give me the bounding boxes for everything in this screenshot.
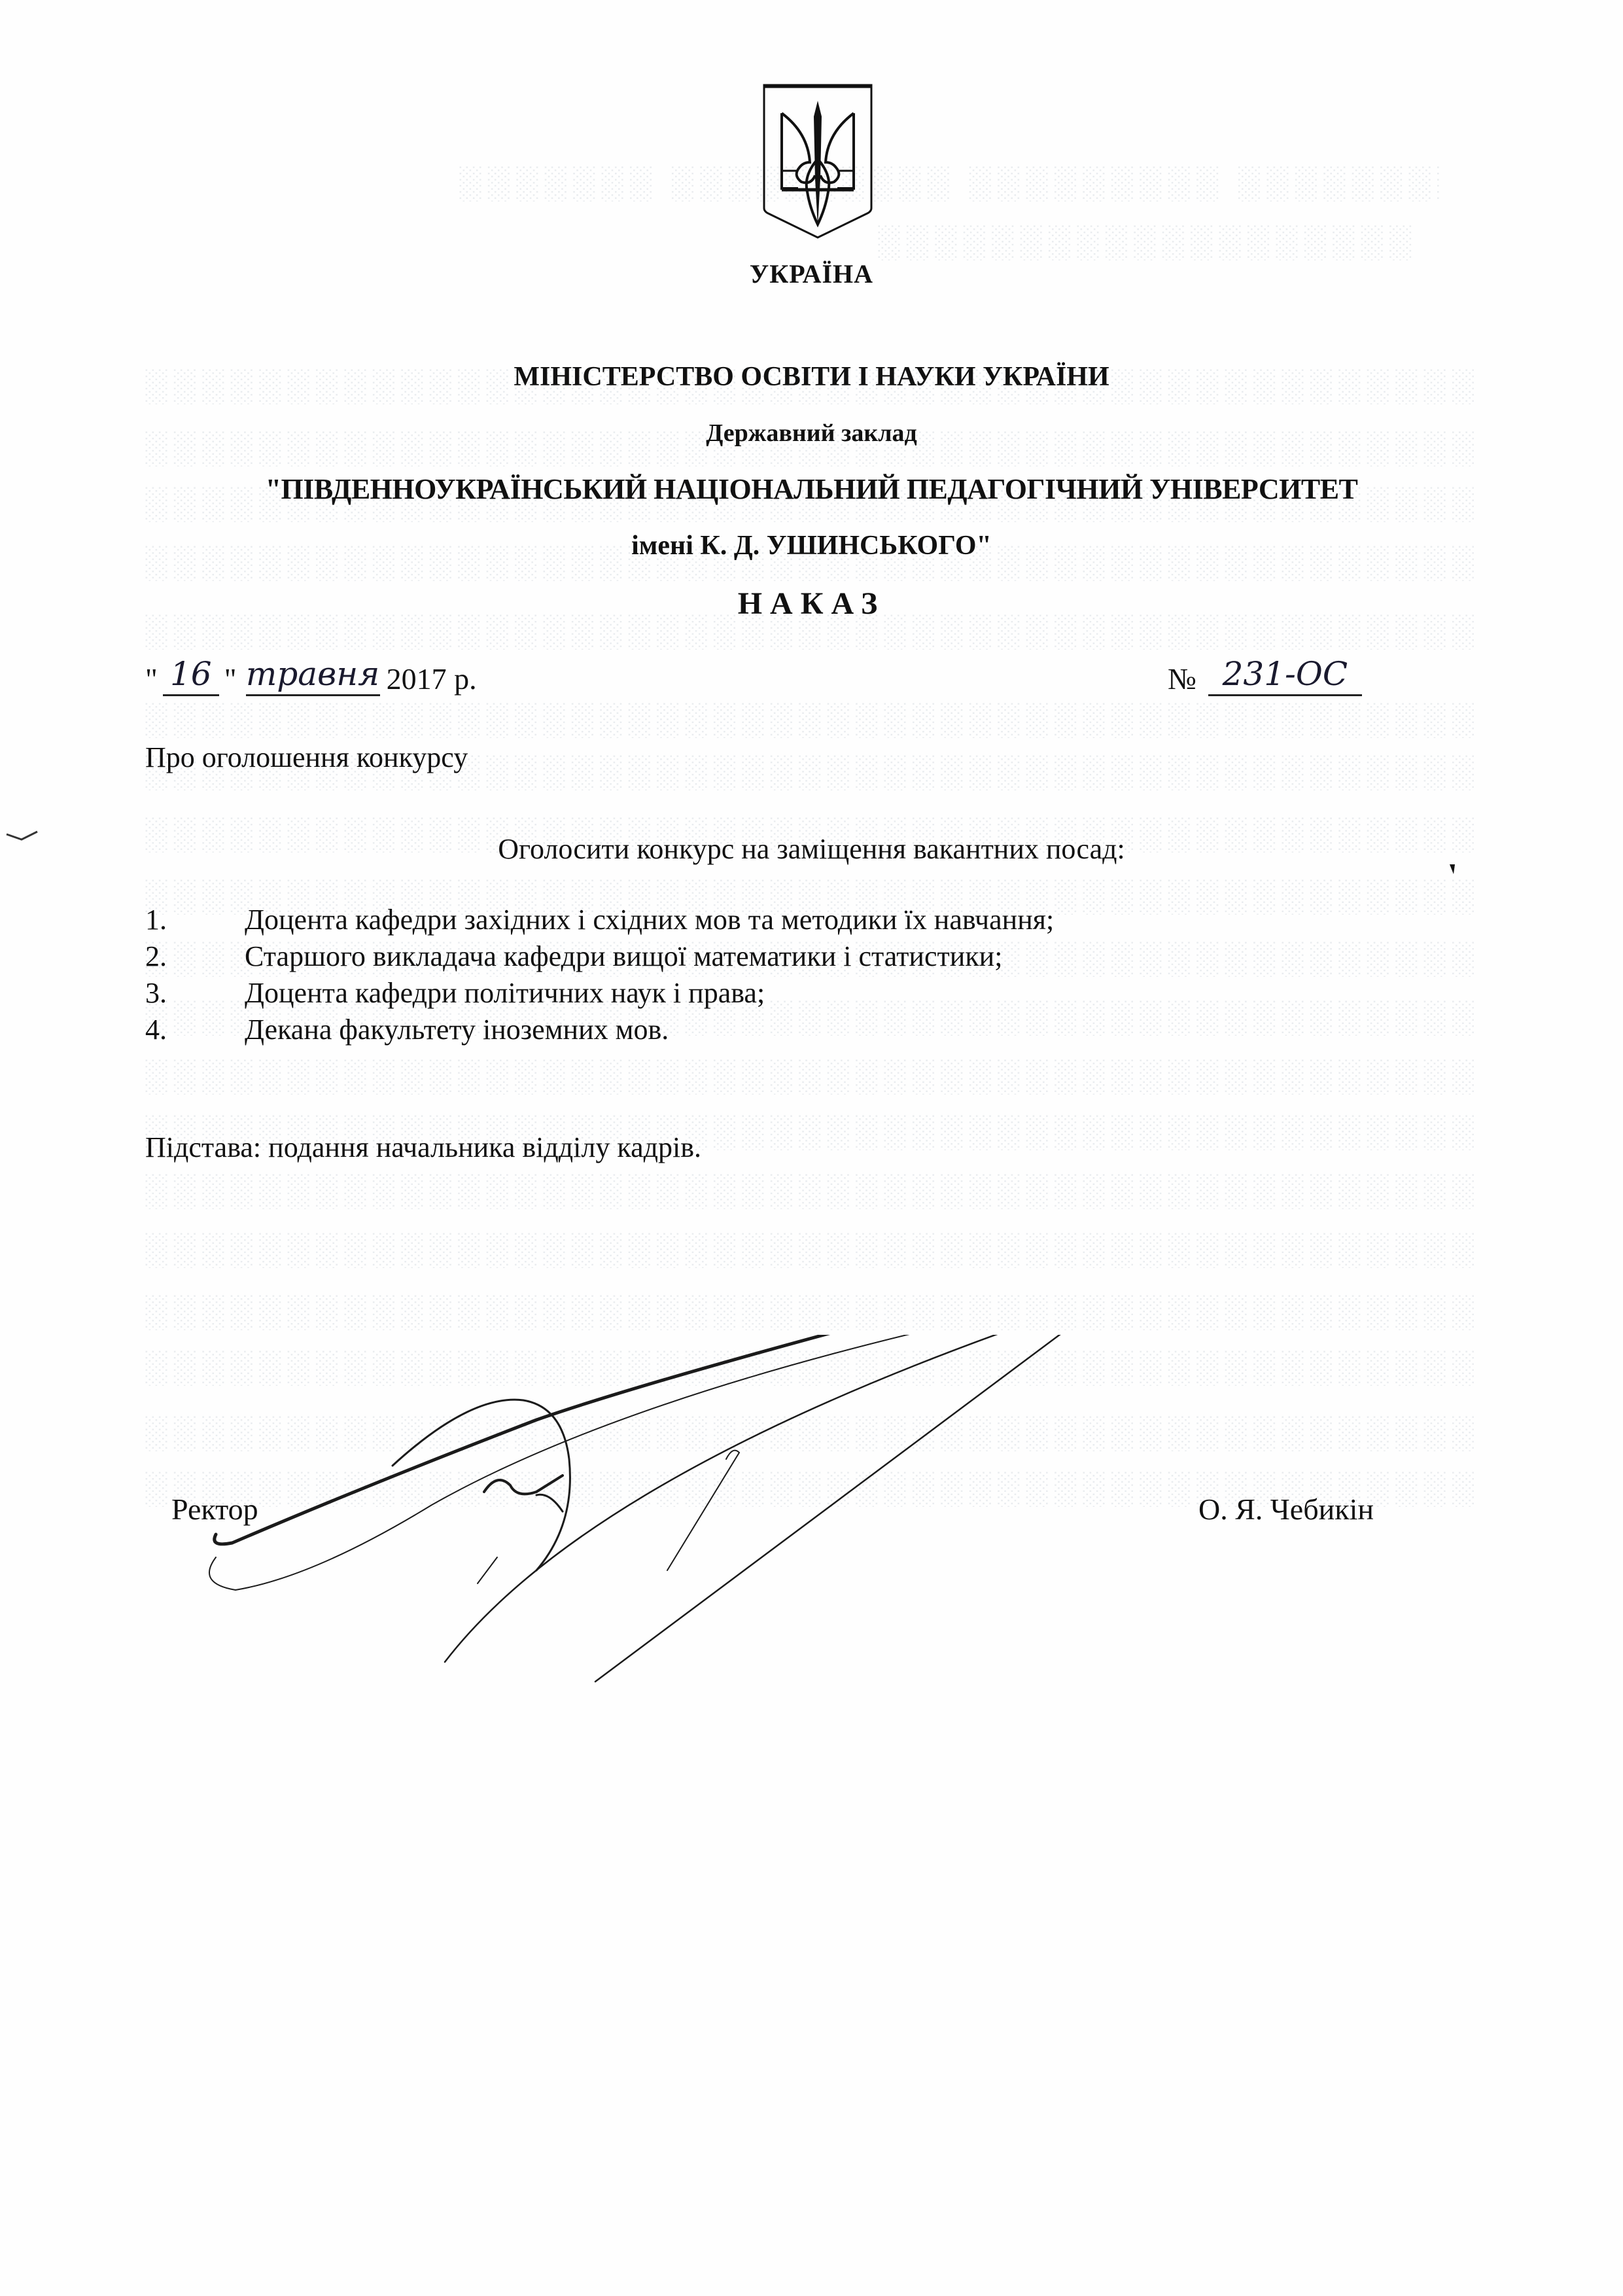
coat-of-arms-icon [752, 77, 883, 241]
list-item-number: 4. [145, 1013, 245, 1046]
list-item-number: 3. [145, 976, 245, 1010]
bleed-through-text: ░░░░░░░░░░░░░░░░░░░ [877, 222, 1465, 260]
date-year: 2017 р. [387, 662, 477, 696]
date-close-quote: " [224, 662, 237, 696]
university-named-after: імені К. Д. УШИНСЬКОГО" [0, 530, 1623, 561]
list-item: 2. Старшого викладача кафедри вищої мате… [145, 940, 1054, 976]
order-subject: Про оголошення конкурсу [145, 741, 468, 774]
institution-type: Державний заклад [0, 419, 1623, 448]
list-item-text: Старшого викладача кафедри вищої математ… [245, 940, 1002, 973]
bleed-through-text: ░░░░░░░░░░░░░░░░░░░░░░░░░░░░░░░░░░░░░░░░… [144, 700, 1492, 738]
order-basis: Підстава: подання начальника відділу кад… [145, 1131, 701, 1164]
signatory-name: О. Я. Чебикін [1198, 1492, 1374, 1527]
list-item-number: 2. [145, 940, 245, 973]
scan-mark-icon [3, 828, 43, 847]
bleed-through-text: ░░░░░░░░░░░░░░░░░░░░░░░░░░░░░░░░░░░░░░░░… [144, 1292, 1492, 1330]
date-day-handwritten: 16 [163, 658, 219, 696]
list-item: 1. Доцента кафедри західних і східних мо… [145, 903, 1054, 940]
ministry-heading: МІНІСТЕРСТВО ОСВІТИ І НАУКИ УКРАЇНИ [0, 361, 1623, 393]
date-month-handwritten: травня [246, 658, 380, 696]
order-number: № 231-ОС [1168, 658, 1362, 696]
vacancy-list: 1. Доцента кафедри західних і східних мо… [145, 903, 1054, 1050]
list-item: 4. Декана факультету іноземних мов. [145, 1013, 1054, 1050]
bleed-through-text: ░░░░░░░ ░░░░░░░░░░ ░░░░░░░░░ ░░░░░░░░ [458, 164, 1439, 202]
ink-dot-icon [1448, 862, 1457, 877]
list-item-text: Доцента кафедри західних і східних мов т… [245, 903, 1054, 936]
university-name: "ПІВДЕННОУКРАЇНСЬКИЙ НАЦІОНАЛЬНИЙ ПЕДАГО… [0, 472, 1623, 506]
country-heading: УКРАЇНА [0, 258, 1623, 289]
list-item-text: Доцента кафедри політичних наук і права; [245, 976, 765, 1010]
list-item-text: Декана факультету іноземних мов. [245, 1013, 669, 1046]
list-item-number: 1. [145, 903, 245, 936]
order-number-handwritten: 231-ОС [1208, 658, 1362, 696]
date-open-quote: " [145, 662, 158, 696]
signatory-title: Ректор [171, 1492, 258, 1527]
number-sign: № [1168, 662, 1196, 696]
bleed-through-text: ░░░░░░░░░░░░░░░░░░░░░░░░░░░░░░░░░░░░░░░░… [144, 1230, 1492, 1268]
handwritten-signature-icon [170, 1335, 1348, 1701]
announcement-text: Оголосити конкурс на заміщення вакантних… [0, 832, 1623, 866]
order-date: " 16 " травня 2017 р. [145, 658, 477, 696]
bleed-through-text: ░░░░░░░░░░░░░░░░░░░░░░░░░░░░░░░░░░░░░░░░… [144, 1057, 1492, 1095]
document-type-title: НАКАЗ [0, 586, 1623, 622]
bleed-through-text: ░░░░░░░░░░░░░░░░░░░░░░░░░░░░░░░░░░░░░░░░… [144, 1171, 1492, 1209]
list-item: 3. Доцента кафедри політичних наук і пра… [145, 976, 1054, 1013]
document-page: ░░░░░░░ ░░░░░░░░░░ ░░░░░░░░░ ░░░░░░░░ ░░… [0, 0, 1623, 2296]
